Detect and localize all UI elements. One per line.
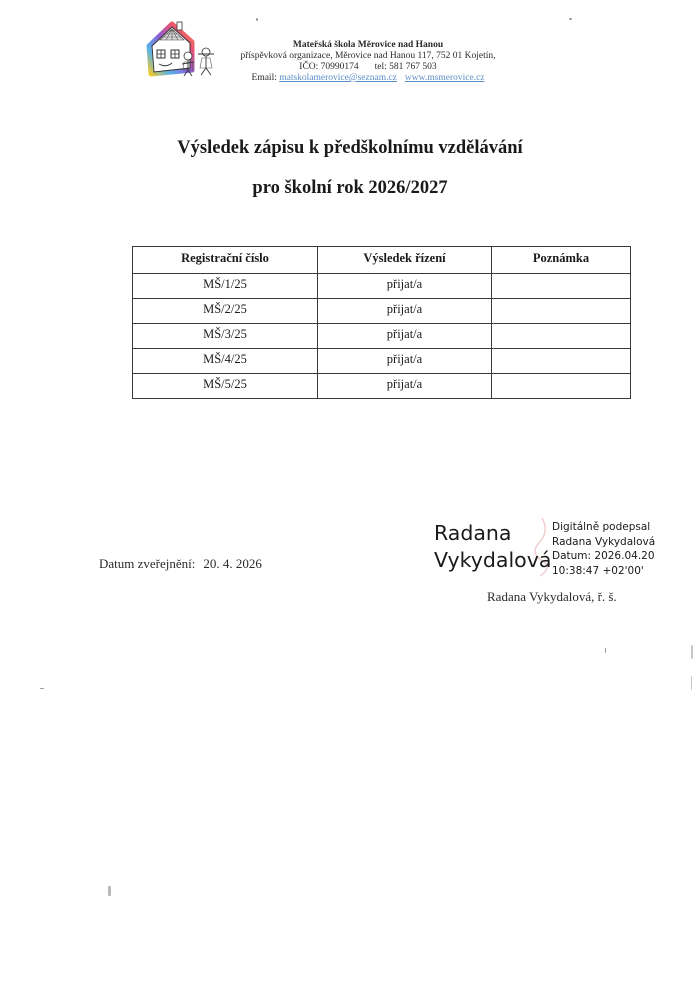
table-row: MŠ/4/25 přijat/a [133, 349, 631, 374]
signature-info-line: Datum: 2026.04.20 [552, 549, 655, 564]
result: přijat/a [318, 299, 492, 324]
digital-signature-name: Radana Vykydalová [434, 520, 551, 574]
registration-number: MŠ/4/25 [133, 349, 318, 374]
page-title: Výsledek zápisu k předškolnímu vzděláván… [0, 138, 700, 159]
email-label: Email: [252, 73, 277, 83]
note [492, 324, 631, 349]
digital-signature-info: Digitálně podepsal Radana Vykydalová Dat… [552, 520, 655, 578]
table-row: MŠ/1/25 přijat/a [133, 274, 631, 299]
table-row: MŠ/3/25 přijat/a [133, 324, 631, 349]
column-header-note: Poznámka [492, 247, 631, 274]
publication-date: Datum zveřejnění:20. 4. 2026 [99, 556, 262, 572]
scan-speck [40, 688, 44, 689]
note [492, 299, 631, 324]
school-address: příspěvková organizace, Měrovice nad Han… [238, 51, 498, 62]
note [492, 349, 631, 374]
school-name: Mateřská škola Měrovice nad Hanou [238, 40, 498, 51]
column-header-registration: Registrační číslo [133, 247, 318, 274]
result: přijat/a [318, 324, 492, 349]
scan-speck [691, 676, 692, 690]
school-phone: tel: 581 767 503 [375, 62, 437, 72]
publication-date-label: Datum zveřejnění: [99, 556, 195, 571]
registration-number: MŠ/1/25 [133, 274, 318, 299]
email-link[interactable]: matskolamerovice@seznam.cz [279, 73, 397, 83]
scan-speck [605, 648, 606, 653]
result: přijat/a [318, 374, 492, 399]
table-row: MŠ/5/25 přijat/a [133, 374, 631, 399]
table-header-row: Registrační číslo Výsledek řízení Poznám… [133, 247, 631, 274]
table-row: MŠ/2/25 přijat/a [133, 299, 631, 324]
signature-last-name: Vykydalová [434, 547, 551, 574]
publication-date-value: 20. 4. 2026 [203, 556, 262, 571]
school-contacts: Email: matskolamerovice@seznam.czwww.msm… [238, 73, 498, 84]
result: přijat/a [318, 274, 492, 299]
school-house-children-logo-icon [146, 18, 238, 78]
registration-number: MŠ/5/25 [133, 374, 318, 399]
enrollment-results-table: Registrační číslo Výsledek řízení Poznám… [132, 246, 631, 399]
signature-first-name: Radana [434, 520, 551, 547]
scan-speck [108, 886, 111, 896]
scan-speck [691, 645, 693, 659]
registration-number: MŠ/2/25 [133, 299, 318, 324]
page-subtitle: pro školní rok 2026/2027 [0, 178, 700, 199]
note [492, 274, 631, 299]
note [492, 374, 631, 399]
school-logo [146, 18, 238, 78]
signature-info-line: Radana Vykydalová [552, 535, 655, 550]
result: přijat/a [318, 349, 492, 374]
school-ico: IČO: 70990174 [299, 62, 358, 72]
column-header-result: Výsledek řízení [318, 247, 492, 274]
school-ids: IČO: 70990174tel: 581 767 503 [238, 62, 498, 73]
scan-speck [569, 18, 572, 20]
signer-name-title: Radana Vykydalová, ř. š. [487, 589, 617, 605]
signature-info-line: Digitálně podepsal [552, 520, 655, 535]
website-link[interactable]: www.msmerovice.cz [405, 73, 485, 83]
registration-number: MŠ/3/25 [133, 324, 318, 349]
scan-speck [256, 18, 258, 21]
signature-info-line: 10:38:47 +02'00' [552, 564, 655, 579]
